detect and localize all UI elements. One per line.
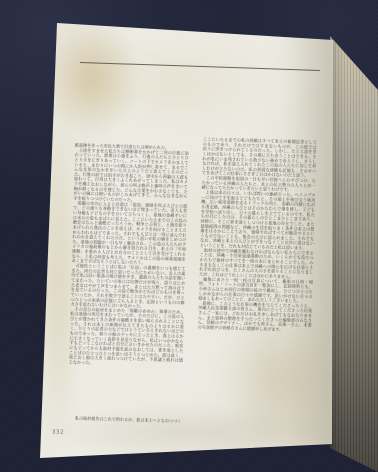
paper-stain [44,20,140,136]
body-paragraph: 上陸をすませた私たちは横断幕をかかげて二列の行進に加わっていった。群衆は小旗をふ… [73,148,188,204]
body-paragraph: ここにいたるまでの私の経験はすべて本土の新聞記者としてのものであり、それだけでは… [202,137,317,179]
text-column-right: ここにいたるまでの私の経験はすべて本土の新聞記者としてのものであり、それだけでは… [195,137,317,437]
body-paragraph: 最後に、このような仕事の機会を与えてくださったうえ、沖縄人民党那覇支部の皆さん、… [198,301,313,333]
body-paragraph: その翌日の取材をまとめた「那覇のあゆみ」執筆のため、私は基地の周辺をまわっていた… [69,307,185,368]
page-edge-streaks [326,28,378,472]
book-photo-scene: 歓迎陣を作った市民大衆で沿道たちは埋められた。上陸をすませた私たちは横断幕をかか… [0,0,378,472]
body-paragraph: 上陸以来の日々は、いわば問いの連続だった。ヘリコプターに向けて手を振る子どもたち… [200,190,316,251]
body-paragraph: 編集にあたり一枚一枚の写真について、撮影の日時・場所、フォト・ノートの該当頁を一… [198,277,313,304]
book-page-edges [326,28,378,472]
body-paragraph: 取材の途中で沖縄を離れなければならない私たちにできることは、沖縄・小笠原返還運動… [199,248,314,280]
text-column-left: 歓迎陣を作った市民大衆で沿道たちは埋められた。上陸をすませた私たちは横断幕をかか… [68,143,189,403]
paper-stain [80,36,270,131]
page-number: 332 [52,429,64,435]
body-paragraph: 可能性ということばに私は「圧迫」の裏側をいつも感じてきた。同行の記者も同じ思いだ… [70,263,185,310]
body-paragraph: 那覇の市内に入ると沿道は「祖国」復帰を叫ぶ人びとの波で、どの通りも身動きできない… [72,201,188,267]
